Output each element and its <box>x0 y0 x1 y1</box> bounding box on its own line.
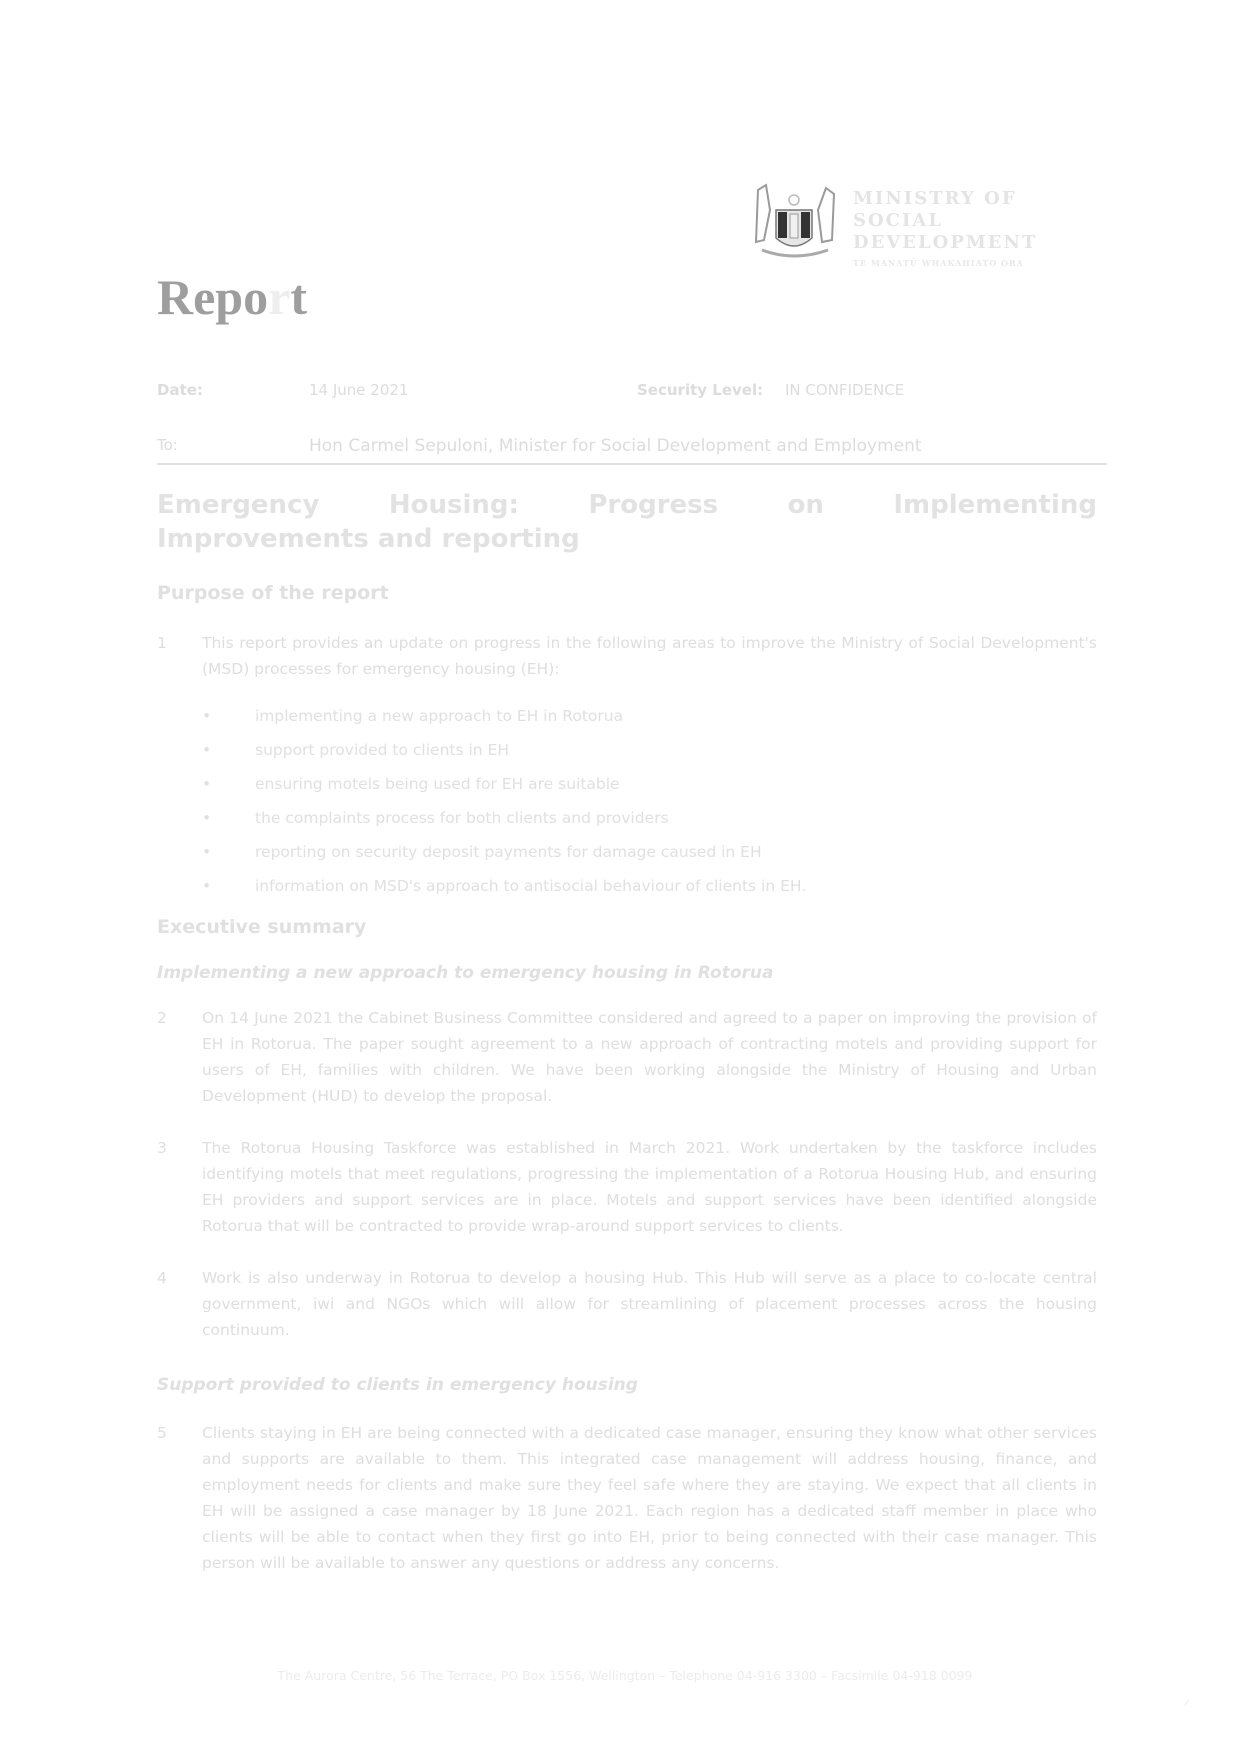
to-label: To: <box>157 436 178 454</box>
report-heading-part: Repo <box>157 269 268 325</box>
list-item: •support provided to clients in EH <box>157 737 1097 771</box>
paragraph-number: 1 <box>157 630 167 656</box>
paragraph-2: 2 On 14 June 2021 the Cabinet Business C… <box>157 1005 1097 1109</box>
paragraph-text: This report provides an update on progre… <box>202 630 1097 682</box>
title-word: Implementing <box>893 488 1097 522</box>
title-word: Housing: <box>389 488 519 522</box>
coat-of-arms-icon <box>748 180 840 262</box>
date-value: 14 June 2021 <box>309 381 408 399</box>
list-item: •reporting on security deposit payments … <box>157 839 1097 873</box>
header-divider <box>157 463 1107 465</box>
purpose-heading: Purpose of the report <box>157 582 389 604</box>
list-item: •ensuring motels being used for EH are s… <box>157 771 1097 805</box>
paragraph-1: 1 This report provides an update on prog… <box>157 630 1097 682</box>
list-item-text: reporting on security deposit payments f… <box>255 839 762 865</box>
title-word: Emergency <box>157 488 319 522</box>
paragraph-4: 4 Work is also underway in Rotorua to de… <box>157 1265 1097 1343</box>
paragraph-number: 3 <box>157 1135 167 1161</box>
scan-artifact: ⸝ <box>1183 1690 1190 1709</box>
list-item: •information on MSD's approach to antiso… <box>157 873 1097 907</box>
bullet-icon: • <box>202 839 211 865</box>
paragraph-3: 3 The Rotorua Housing Taskforce was esta… <box>157 1135 1097 1239</box>
purpose-bullet-list: •implementing a new approach to EH in Ro… <box>157 703 1097 907</box>
bullet-icon: • <box>202 737 211 763</box>
security-value: IN CONFIDENCE <box>785 381 904 399</box>
ministry-maori-name: TE MANATŪ WHAKAHIATO ORA <box>853 258 1113 268</box>
ministry-name-line1: MINISTRY OF SOCIAL <box>853 188 1113 232</box>
paragraph-number: 4 <box>157 1265 167 1291</box>
list-item-text: information on MSD's approach to antisoc… <box>255 873 806 899</box>
list-item-text: implementing a new approach to EH in Rot… <box>255 703 623 729</box>
list-item-text: support provided to clients in EH <box>255 737 509 763</box>
bullet-icon: • <box>202 703 211 729</box>
rotorua-subheading: Implementing a new approach to emergency… <box>157 963 773 983</box>
paragraph-text: The Rotorua Housing Taskforce was establ… <box>202 1135 1097 1239</box>
support-subheading: Support provided to clients in emergency… <box>157 1375 638 1395</box>
title-line2: Improvements and reporting <box>157 522 1097 556</box>
list-item: •implementing a new approach to EH in Ro… <box>157 703 1097 737</box>
report-heading-faded: r <box>268 269 290 325</box>
page-footer: The Aurora Centre, 56 The Terrace, PO Bo… <box>130 1668 1120 1683</box>
bullet-icon: • <box>202 873 211 899</box>
paragraph-number: 5 <box>157 1420 167 1446</box>
ministry-name-line2: DEVELOPMENT <box>853 232 1113 254</box>
date-label: Date: <box>157 381 203 399</box>
report-heading-end: t <box>290 269 307 325</box>
paragraph-5: 5 Clients staying in EH are being connec… <box>157 1420 1097 1576</box>
list-item: •the complaints process for both clients… <box>157 805 1097 839</box>
security-label: Security Level: <box>637 381 763 399</box>
report-page: MINISTRY OF SOCIAL DEVELOPMENT TE MANATŪ… <box>0 0 1254 1763</box>
list-item-text: ensuring motels being used for EH are su… <box>255 771 620 797</box>
title-word: Progress <box>588 488 718 522</box>
bullet-icon: • <box>202 805 211 831</box>
document-title: EmergencyHousing:ProgressonImplementing … <box>157 488 1097 556</box>
list-item-text: the complaints process for both clients … <box>255 805 669 831</box>
bullet-icon: • <box>202 771 211 797</box>
paragraph-text: On 14 June 2021 the Cabinet Business Com… <box>202 1005 1097 1109</box>
to-value: Hon Carmel Sepuloni, Minister for Social… <box>309 436 922 456</box>
title-line1: EmergencyHousing:ProgressonImplementing <box>157 488 1097 522</box>
title-word: on <box>788 488 824 522</box>
paragraph-text: Work is also underway in Rotorua to deve… <box>202 1265 1097 1343</box>
ministry-logo-text: MINISTRY OF SOCIAL DEVELOPMENT TE MANATŪ… <box>853 188 1113 268</box>
executive-summary-heading: Executive summary <box>157 916 366 938</box>
paragraph-number: 2 <box>157 1005 167 1031</box>
paragraph-text: Clients staying in EH are being connecte… <box>202 1420 1097 1576</box>
report-heading: Report <box>157 268 307 326</box>
